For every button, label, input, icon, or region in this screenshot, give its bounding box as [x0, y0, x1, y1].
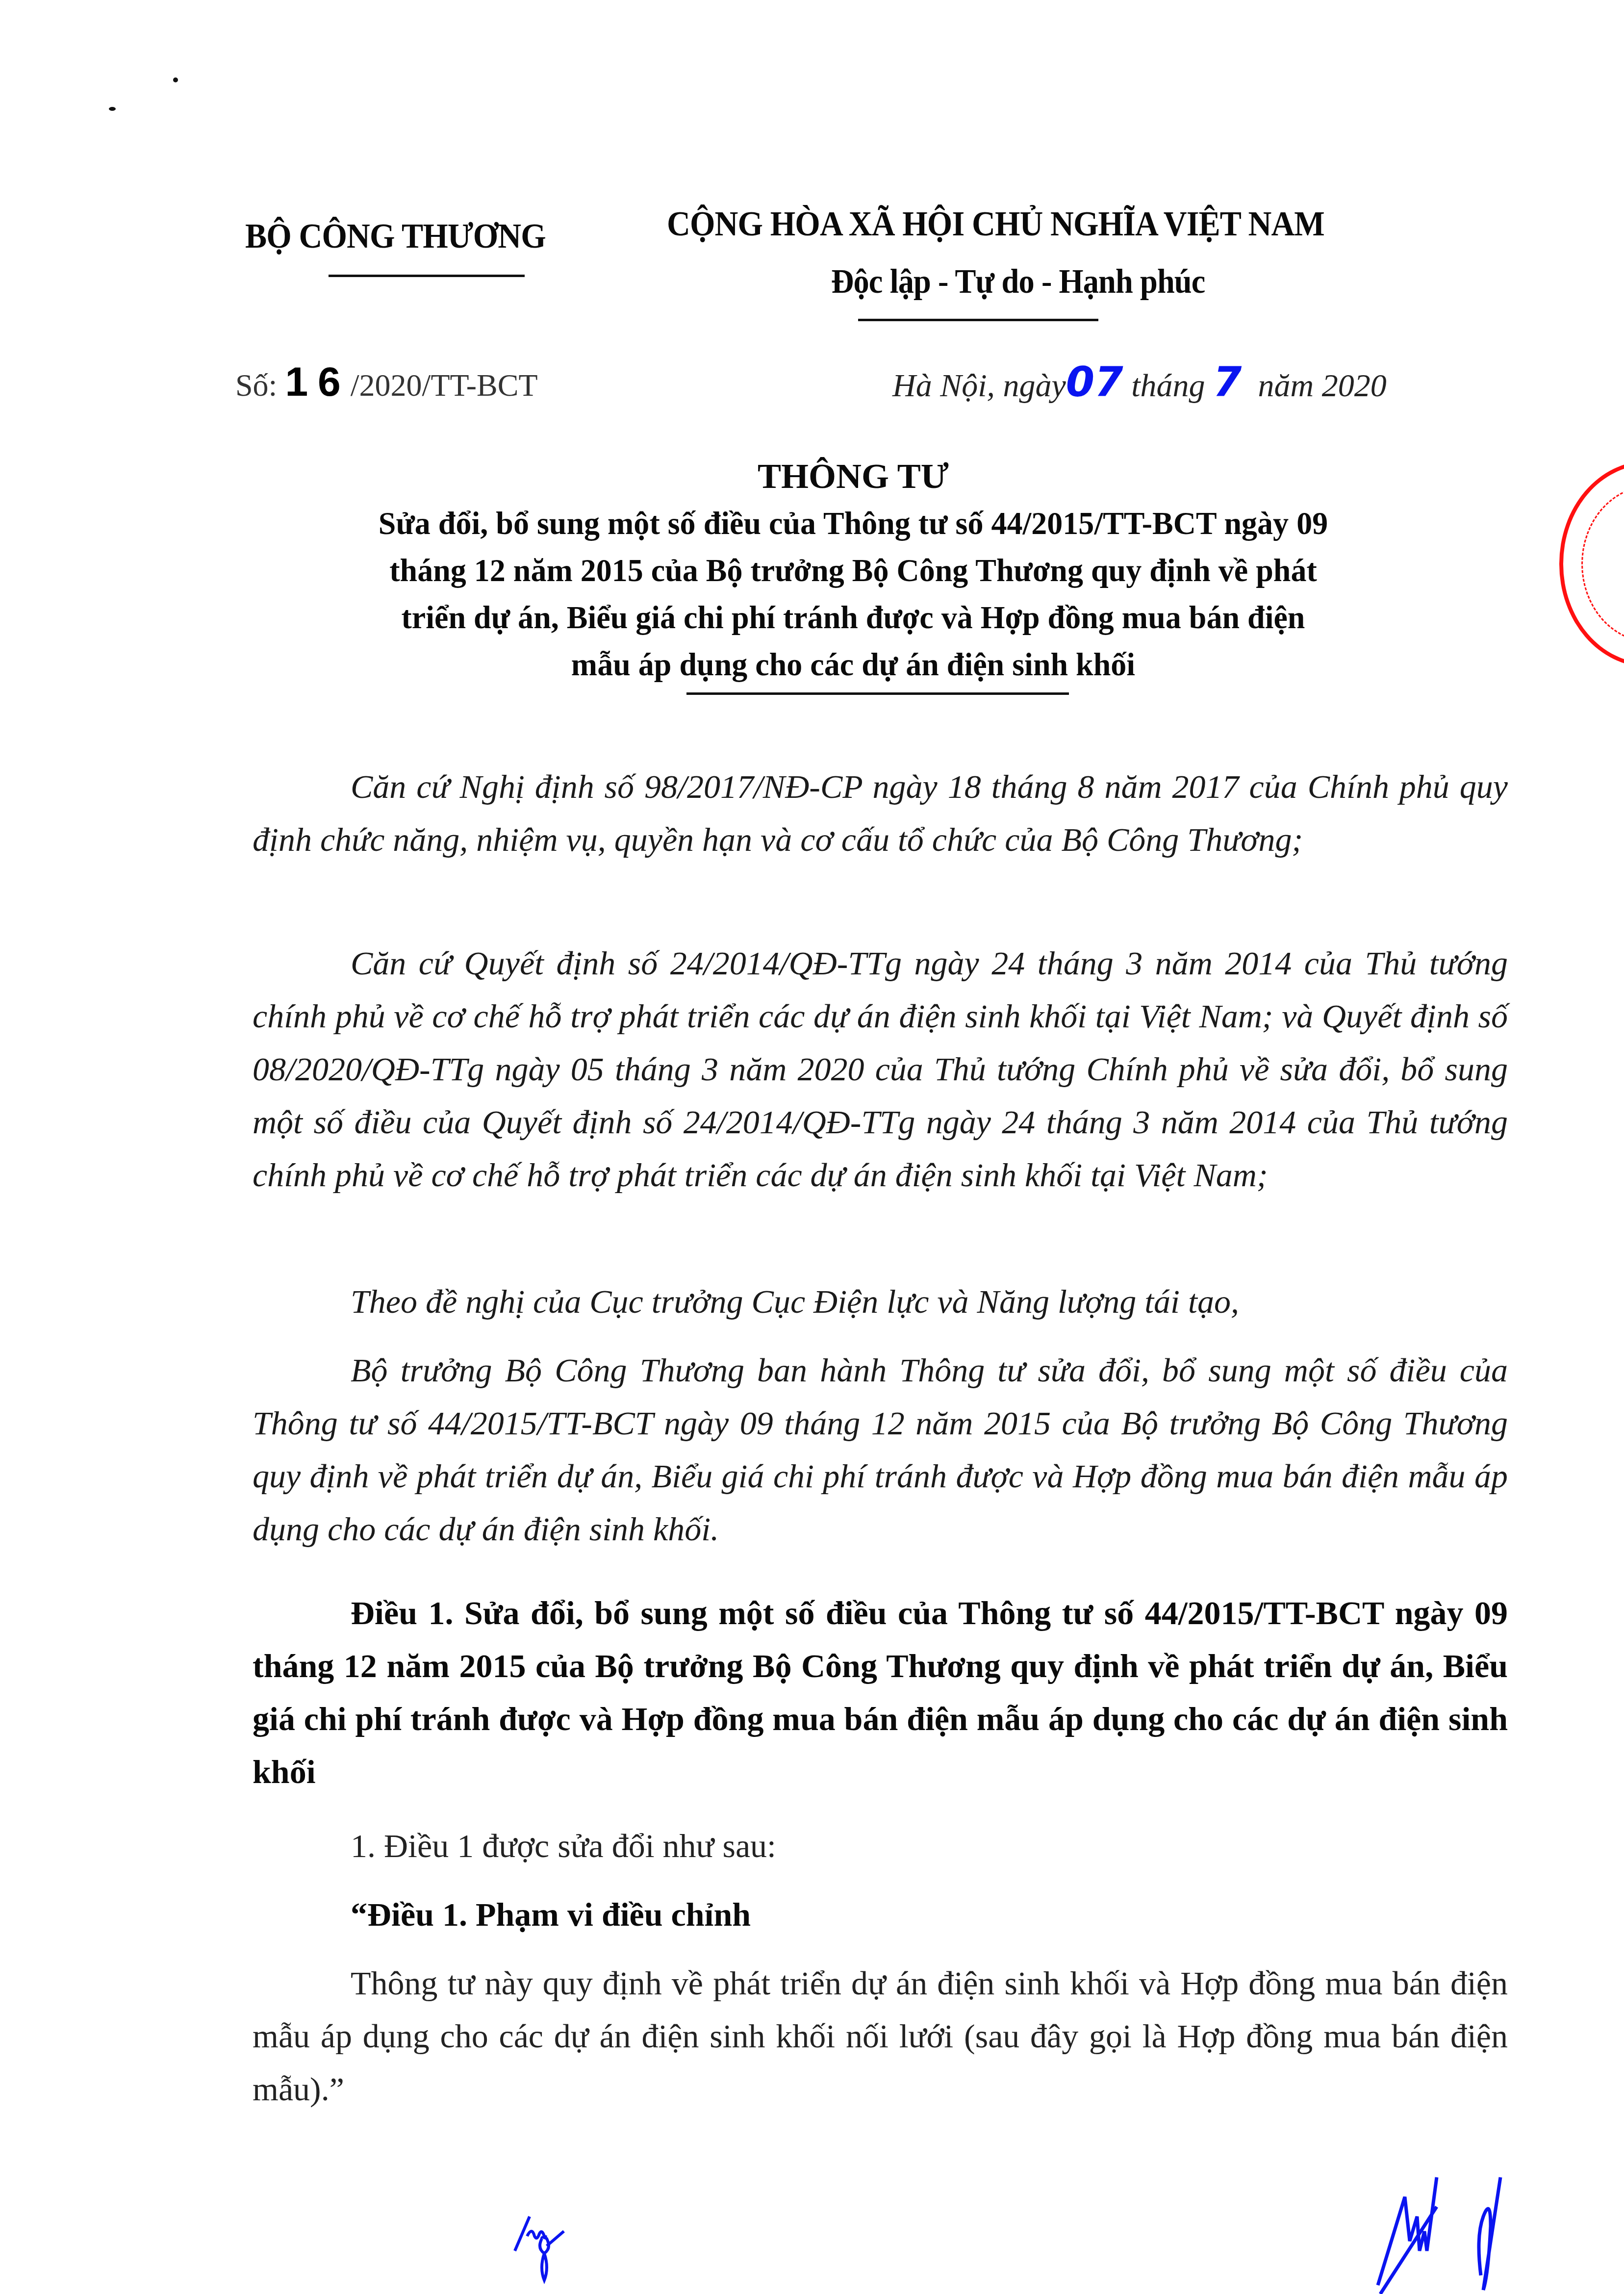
date-year: năm 2020: [1258, 368, 1387, 404]
number-prefix: Số:: [235, 368, 277, 403]
ministry-name: BỘ CÔNG THƯƠNG: [245, 216, 546, 256]
document-type: THÔNG TƯ: [196, 456, 1510, 497]
document-subject: Sửa đổi, bổ sung một số điều của Thông t…: [216, 500, 1491, 688]
quoted-article-body: Thông tư này quy định về phát triển dự á…: [253, 1957, 1508, 2116]
preamble-decree: Căn cứ Nghị định số 98/2017/NĐ-CP ngày 1…: [253, 760, 1508, 866]
ministry-underline: [329, 275, 525, 277]
handwritten-number: 16: [285, 358, 350, 405]
clause-1-intro: 1. Điều 1 được sửa đổi như sau:: [253, 1819, 1508, 1872]
subject-line: tháng 12 năm 2015 của Bộ trưởng Bộ Công …: [216, 547, 1491, 594]
preamble-proposal: Theo đề nghị của Cục trưởng Cục Điện lực…: [253, 1275, 1508, 1328]
handwritten-month: 7: [1213, 358, 1242, 406]
scan-speck: [109, 107, 116, 111]
title-underline: [686, 692, 1069, 695]
issue-date: Hà Nội, ngày07 tháng 7 năm 2020: [892, 358, 1387, 406]
signature-right: [1368, 2177, 1574, 2294]
preamble-decisions: Căn cứ Quyết định số 24/2014/QĐ-TTg ngày…: [253, 937, 1508, 1201]
article-1-heading: Điều 1. Sửa đổi, bổ sung một số điều của…: [253, 1586, 1508, 1798]
handwritten-day: 07: [1066, 358, 1123, 406]
quoted-article-heading: “Điều 1. Phạm vi điều chỉnh: [253, 1888, 1508, 1941]
document-number: Số: 16/2020/TT-BCT: [235, 358, 537, 406]
initial-signature-middle: [537, 2229, 576, 2288]
motto-underline: [858, 319, 1098, 321]
scan-speck: [173, 77, 178, 82]
national-motto: Độc lập - Tự do - Hạnh phúc: [831, 262, 1205, 302]
subject-line: Sửa đổi, bổ sung một số điều của Thông t…: [216, 500, 1491, 547]
number-suffix: /2020/TT-BCT: [351, 368, 538, 403]
subject-line: triển dự án, Biểu giá chi phí tránh được…: [216, 594, 1491, 641]
country-name: CỘNG HÒA XÃ HỘI CHỦ NGHĨA VIỆT NAM: [667, 204, 1324, 244]
subject-line: mẫu áp dụng cho các dự án điện sinh khối: [216, 641, 1491, 688]
date-place: Hà Nội, ngày: [892, 368, 1066, 404]
date-month-label: tháng: [1131, 368, 1205, 404]
preamble-issuance: Bộ trưởng Bộ Công Thương ban hành Thông …: [253, 1344, 1508, 1555]
